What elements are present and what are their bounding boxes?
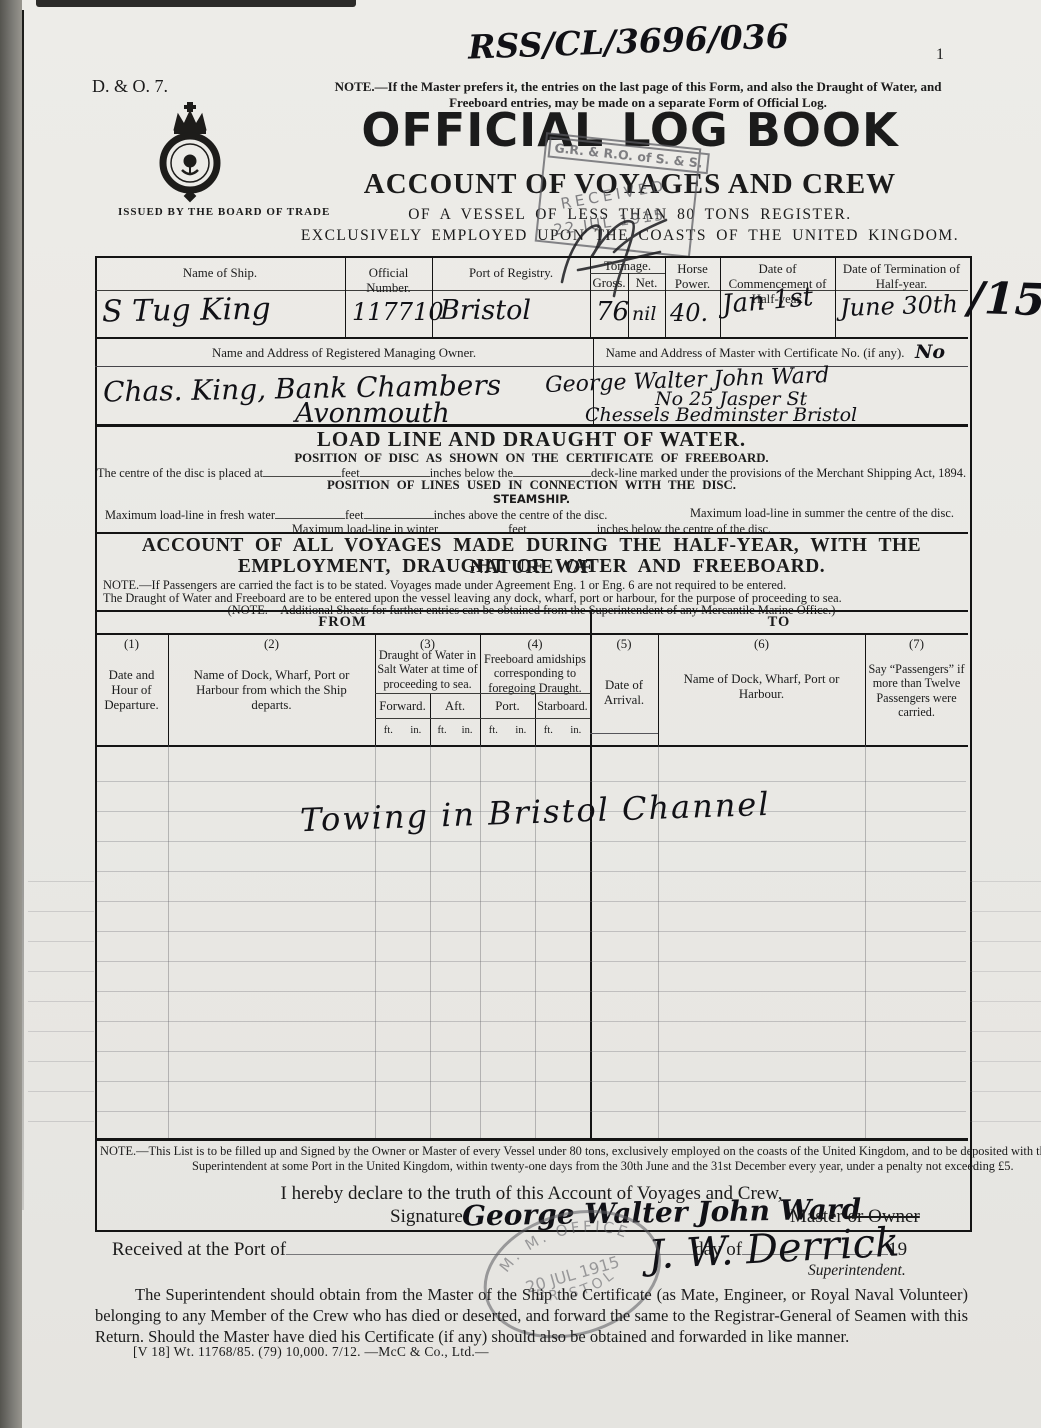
to-band-label: TO bbox=[590, 614, 968, 631]
col3b-header: Aft. bbox=[430, 699, 480, 714]
value-ship-name: S Tug King bbox=[102, 292, 271, 330]
load-line-title: LOAD LINE AND DRAUGHT OF WATER. bbox=[95, 427, 968, 452]
scanned-log-book-page: RSS/CL/3696/036 1 D. & O. 7. NOTE.—If th… bbox=[0, 0, 1041, 1428]
hdr-name-of-ship: Name of Ship. bbox=[95, 266, 345, 281]
hdr-gross: Gross. bbox=[590, 276, 628, 291]
closing-note: The Superintendent should obtain from th… bbox=[95, 1284, 968, 1347]
col2-num: (2) bbox=[168, 637, 375, 652]
hdr-net: Net. bbox=[628, 276, 665, 291]
col5-header: Date of Arrival. bbox=[592, 678, 656, 708]
in-label: in. bbox=[515, 725, 526, 736]
value-port: Bristol bbox=[440, 295, 531, 326]
from-band-label: FROM bbox=[95, 614, 590, 631]
col4a-header: Port. bbox=[480, 699, 535, 714]
col3a-header: Forward. bbox=[375, 699, 430, 714]
value-net: nil bbox=[632, 303, 656, 325]
archive-reference: RSS/CL/3696/036 bbox=[467, 16, 789, 66]
received-pre: Received at the Port of bbox=[112, 1239, 286, 1260]
hdr-official-number: Official Number. bbox=[345, 266, 432, 296]
value-horse-power: 40. bbox=[670, 299, 708, 327]
in-label: in. bbox=[462, 725, 473, 736]
master-cert-note: No bbox=[915, 341, 945, 363]
hdr-horse-power: Horse Power. bbox=[665, 262, 720, 292]
lines-heading: POSITION OF LINES USED IN CONNECTION WIT… bbox=[95, 478, 968, 493]
form-code: D. & O. 7. bbox=[92, 76, 168, 97]
right-margin-rules bbox=[970, 852, 1041, 1138]
col4-num: (4) bbox=[480, 637, 590, 652]
ft-label: ft. bbox=[489, 725, 498, 736]
ftin-forward: ft.in. bbox=[375, 725, 430, 736]
ftin-starboard: ft.in. bbox=[535, 725, 590, 736]
margin-note-15: /15 bbox=[967, 273, 1041, 327]
value-termination: June 30th bbox=[840, 290, 959, 322]
superintendent-label: Superintendent. bbox=[808, 1262, 906, 1280]
col4b-header: Starboard. bbox=[535, 699, 590, 713]
col5-num: (5) bbox=[590, 637, 658, 652]
steamship-heading: STEAMSHIP. bbox=[95, 492, 968, 506]
ftin-aft: ft.in. bbox=[430, 725, 480, 736]
hdr-termination: Date of Termination of Half-year. bbox=[835, 262, 968, 292]
hdr-managing-owner: Name and Address of Registered Managing … bbox=[95, 346, 593, 361]
value-gross: 76 bbox=[596, 297, 629, 327]
in-label: in. bbox=[570, 725, 581, 736]
col3-header: Draught of Water in Salt Water at time o… bbox=[377, 648, 478, 691]
scan-left-edge bbox=[0, 0, 22, 1428]
ft-label: ft. bbox=[384, 725, 393, 736]
hdr-master: Name and Address of Master with Certific… bbox=[600, 346, 910, 361]
ft-label: ft. bbox=[544, 725, 553, 736]
account-title-2: EMPLOYMENT, DRAUGHT OF WATER AND FREEBOA… bbox=[95, 556, 968, 578]
page-number: 1 bbox=[936, 46, 944, 64]
value-official-number: 117710 bbox=[352, 298, 444, 326]
left-margin-rules bbox=[28, 852, 94, 1138]
col6-num: (6) bbox=[658, 637, 865, 652]
paper-left-edge-line bbox=[22, 10, 24, 1210]
declaration-note: NOTE.—This List is to be filled up and S… bbox=[100, 1144, 1041, 1174]
issued-by-line: ISSUED BY THE BOARD OF TRADE bbox=[118, 206, 330, 218]
master-line3: Chessels Bedminster Bristol bbox=[585, 404, 857, 426]
signature-label: Signature bbox=[390, 1206, 463, 1228]
col6-header: Name of Dock, Wharf, Port or Harbour. bbox=[668, 672, 855, 702]
printer-footer: [V 18] Wt. 11768/85. (79) 10,000. 7/12. … bbox=[133, 1344, 489, 1360]
col1-header: Date and Hour of Departure. bbox=[98, 668, 165, 713]
in-label: in. bbox=[410, 725, 421, 736]
ft-label: ft. bbox=[438, 725, 447, 736]
hdr-tonnage: Tonnage. bbox=[590, 259, 665, 274]
col1-num: (1) bbox=[95, 637, 168, 652]
col4-header: Freeboard amidships corresponding to for… bbox=[482, 652, 588, 695]
col7-num: (7) bbox=[865, 637, 968, 652]
col2-header: Name of Dock, Wharf, Port or Harbour fro… bbox=[183, 668, 360, 713]
board-of-trade-seal-icon bbox=[152, 100, 228, 213]
scan-top-edge bbox=[36, 0, 356, 7]
summer-line: Maximum load-line in summer the centre o… bbox=[690, 506, 954, 521]
col7-header: Say “Passengers” if more than Twelve Pas… bbox=[868, 662, 965, 720]
ftin-port: ft.in. bbox=[480, 725, 535, 736]
hdr-port-of-registry: Port of Registry. bbox=[432, 266, 590, 281]
